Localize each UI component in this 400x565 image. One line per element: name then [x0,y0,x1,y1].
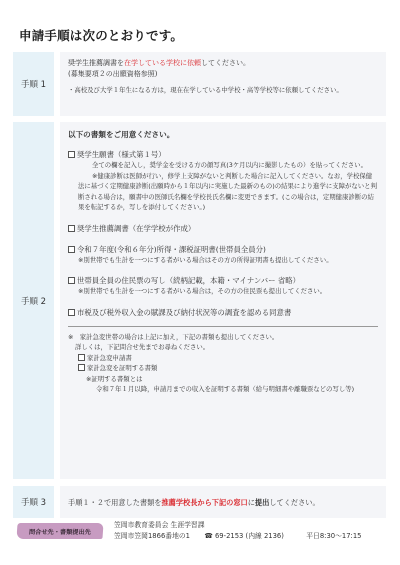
contact-footer: 問合せ先・書類提出先 笠岡市教育委員会 生涯学習課 笠岡市笠岡1866番地の1 … [13,520,386,550]
checkbox[interactable] [68,277,75,284]
office-name: 笠岡市教育委員会 生涯学習課 [114,520,362,531]
document-item: 奨学生推薦調書（在学学校が作成） [68,223,378,234]
step-3-content: 手順１・２で用意した書類を推薦学校長から下記の窓口に提出してください。 [60,486,386,518]
emergency-contact-note: 詳しくは，下記問合せ先までお尋ねください。 [68,342,378,353]
step-2-content: 以下の書類をご用意ください。 奨学生願書（様式第１号） 全ての欄を記入し，奨学金… [60,122,386,479]
step-1-instruction: 奨学生推薦調書を在学している学校に依頼してください。 [68,58,378,69]
document-item: 奨学生願書（様式第１号） 全ての欄を記入し，奨学金を受ける方の顔写真(3ケ月以内… [68,149,378,213]
step-3-label: 手順 3 [13,486,54,518]
office-hours: 平日8:30～17:15 [306,531,361,542]
page-title: 申請手順は次のとおりです。 [19,26,183,44]
document-item: 令和７年度(令和６年分)所得・課税証明書(世帯員全員分) ※別世帯でも生計を一つ… [68,244,378,266]
step-3-row: 手順 3 手順１・２で用意した書類を推薦学校長から下記の窓口に提出してください。 [13,486,386,518]
step-1-reference: (募集要項２の出願資格参照) [68,69,378,80]
emergency-note: ※ 家計急変世帯の場合は上記に加え，下記の書類も提出してください。 [68,332,378,343]
contact-info: 笠岡市教育委員会 生涯学習課 笠岡市笠岡1866番地の1 ☎ 69-2153 (… [114,520,362,542]
office-address: 笠岡市笠岡1866番地の1 [114,531,190,542]
proof-label: ※証明する書類とは [68,374,378,385]
step-2-label: 手順 2 [13,122,54,479]
document-title: 世帯員全員の住民票の写し（続柄記載，本籍・マイナンバー 省略） [77,276,300,285]
emergency-item: 家計急変を証明する書類 [68,363,378,374]
step-1-label: 手順 1 [13,52,54,116]
step-2-intro: 以下の書類をご用意ください。 [68,129,378,140]
document-desc: 全ての欄を記入し，奨学金を受ける方の顔写真(3ケ月以内に撮影したもの）を貼ってく… [68,160,378,171]
checkbox[interactable] [68,151,75,158]
checkbox[interactable] [68,246,75,253]
contact-badge: 問合せ先・書類提出先 [16,523,103,539]
step-1-highlight: 在学している学校に依頼 [124,59,201,67]
step-1-row: 手順 1 奨学生推薦調書を在学している学校に依頼してください。 (募集要項２の出… [13,52,386,116]
document-note: ※別世帯でも生計を一つにする者がいる場合はその方の所得証明書も提出してください。 [68,255,378,266]
emergency-section: ※ 家計急変世帯の場合は上記に加え，下記の書類も提出してください。 詳しくは，下… [68,332,378,395]
document-item: 市税及び税外収入金の賦課及び納付状況等の調査を認める同意書 [68,307,378,318]
step-2-row: 手順 2 以下の書類をご用意ください。 奨学生願書（様式第１号） 全ての欄を記入… [13,122,386,479]
step-1-note: ・高校及び大学１年生になる方は，現在在学している中学校・高等学校等に依頼してくだ… [68,85,378,96]
phone-number[interactable]: 69-2153 (内線 2136) [215,531,284,542]
proof-desc: 令和７年１月以降，申請月までの収入を証明する書類（給与明細書や離職票などの写し等… [68,384,378,395]
document-title: 奨学生推薦調書（在学学校が作成） [77,224,195,233]
document-title: 市税及び税外収入金の賦課及び納付状況等の調査を認める同意書 [77,308,291,317]
checkbox[interactable] [68,225,75,232]
step-3-highlight: 推薦学校長から下記の窓口 [161,497,247,508]
checkbox[interactable] [78,364,85,371]
checkbox[interactable] [78,354,85,361]
phone-icon: ☎ [204,531,212,542]
divider [68,326,378,327]
document-title: 令和７年度(令和６年分)所得・課税証明書(世帯員全員分) [77,245,266,254]
document-item: 世帯員全員の住民票の写し（続柄記載，本籍・マイナンバー 省略） ※別世帯でも生計… [68,275,378,297]
document-note: ※別世帯でも生計を一つにする者がいる場合は，その方の住民票も提出してください。 [68,286,378,297]
document-title: 奨学生願書（様式第１号） [77,150,166,159]
emergency-item: 家計急変申請書 [68,353,378,364]
step-1-content: 奨学生推薦調書を在学している学校に依頼してください。 (募集要項２の出願資格参照… [60,52,386,116]
document-note: ※健康診断は医師が行い，修学上支障がないと判断した場合に記入してください。なお，… [68,171,378,213]
checkbox[interactable] [68,309,75,316]
